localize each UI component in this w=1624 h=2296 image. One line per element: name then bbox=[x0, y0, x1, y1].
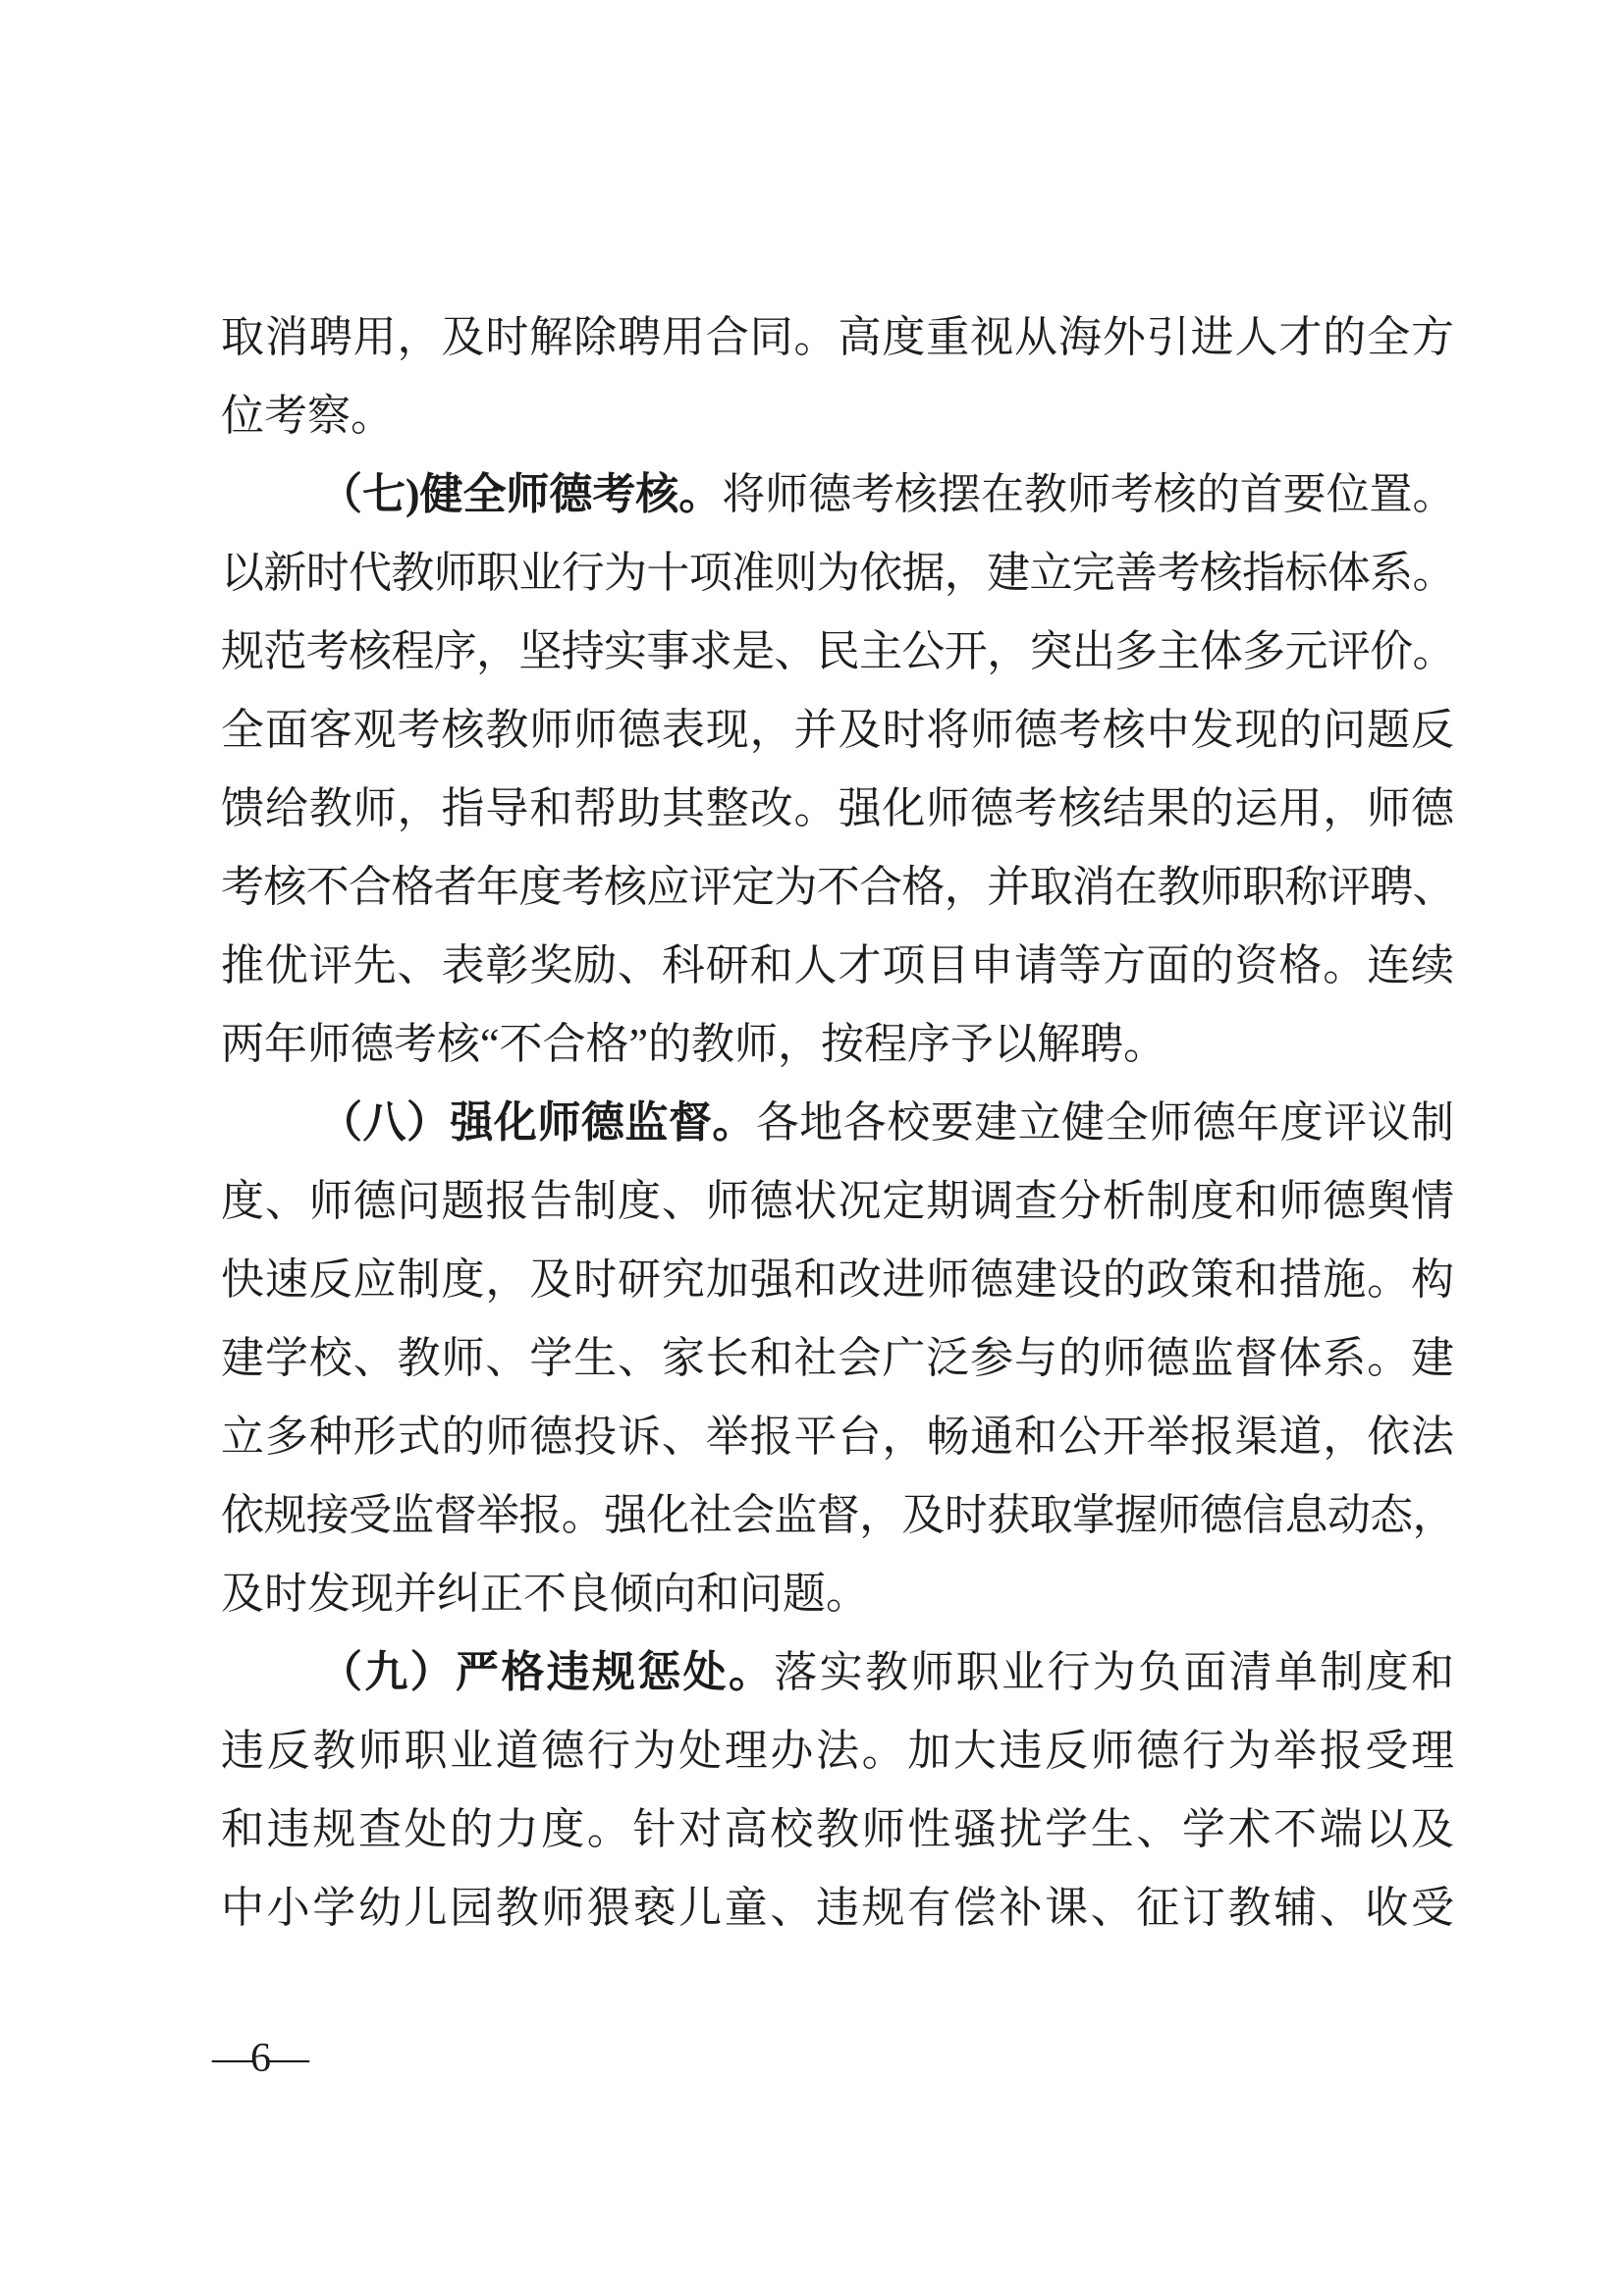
text-line: 取消聘用，及时解除聘用合同。高度重视从海外引进人才的全方 bbox=[221, 298, 1454, 377]
line-text: 全面客观考核教师师德表现，并及时将师德考核中发现的问题反 bbox=[221, 706, 1454, 754]
text-line: 和违规查处的力度。针对高校教师性骚扰学生、学术不端以及 bbox=[221, 1790, 1454, 1869]
line-text: 馈给教师，指导和帮助其整改。强化师德考核结果的运用，师德 bbox=[221, 784, 1454, 832]
line-text: 各地各校要建立健全师德年度评议制 bbox=[756, 1098, 1454, 1147]
paragraph-line-section-8: （八）强化师德监督。各地各校要建立健全师德年度评议制 bbox=[221, 1084, 1454, 1162]
text-line: 度、师德问题报告制度、师德状况定期调查分析制度和师德舆情 bbox=[221, 1162, 1454, 1241]
text-line: 立多种形式的师德投诉、举报平台，畅通和公开举报渠道，依法 bbox=[221, 1398, 1454, 1476]
section-heading: （八）强化师德监督。 bbox=[319, 1098, 756, 1147]
section-heading: （七)健全师德考核。 bbox=[319, 470, 722, 518]
line-text: 中小学幼儿园教师猥亵儿童、违规有偿补课、征订教辅、收受 bbox=[221, 1884, 1454, 1932]
text-line: 以新时代教师职业行为十项准则为依据，建立完善考核指标体系。 bbox=[221, 534, 1454, 613]
text-line: 建学校、教师、学生、家长和社会广泛参与的师德监督体系。建 bbox=[221, 1319, 1454, 1398]
body-text: 取消聘用，及时解除聘用合同。高度重视从海外引进人才的全方 位考察。 （七)健全师… bbox=[221, 298, 1454, 1948]
text-line: 规范考核程序，坚持实事求是、民主公开，突出多主体多元评价。 bbox=[221, 613, 1454, 691]
line-text: 考核不合格者年度考核应评定为不合格，并取消在教师职称评聘、 bbox=[221, 863, 1454, 911]
text-line: 推优评先、表彰奖励、科研和人才项目申请等方面的资格。连续 bbox=[221, 927, 1454, 1005]
line-text: 和违规查处的力度。针对高校教师性骚扰学生、学术不端以及 bbox=[221, 1805, 1454, 1853]
text-line: 两年师德考核“不合格”的教师，按程序予以解聘。 bbox=[221, 1005, 1454, 1084]
line-text: 依规接受监督举报。强化社会监督，及时获取掌握师德信息动态， bbox=[221, 1491, 1454, 1539]
paragraph-line-section-7: （七)健全师德考核。将师德考核摆在教师考核的首要位置。 bbox=[221, 455, 1454, 534]
line-text: 立多种形式的师德投诉、举报平台，畅通和公开举报渠道，依法 bbox=[221, 1413, 1454, 1461]
line-text: 建学校、教师、学生、家长和社会广泛参与的师德监督体系。建 bbox=[221, 1334, 1454, 1382]
text-line: 及时发现并纠正不良倾向和问题。 bbox=[221, 1555, 1454, 1633]
text-line: 快速反应制度，及时研究加强和改进师德建设的政策和措施。构 bbox=[221, 1241, 1454, 1319]
line-text: 落实教师职业行为负面清单制度和 bbox=[774, 1648, 1454, 1696]
text-line: 依规接受监督举报。强化社会监督，及时获取掌握师德信息动态， bbox=[221, 1476, 1454, 1555]
line-text: 规范考核程序，坚持实事求是、民主公开，突出多主体多元评价。 bbox=[221, 627, 1454, 675]
line-text: 违反教师职业道德行为处理办法。加大违反师德行为举报受理 bbox=[221, 1727, 1454, 1775]
line-text: 及时发现并纠正不良倾向和问题。 bbox=[221, 1570, 869, 1618]
text-line: 考核不合格者年度考核应评定为不合格，并取消在教师职称评聘、 bbox=[221, 848, 1454, 927]
line-text: 将师德考核摆在教师考核的首要位置。 bbox=[722, 470, 1454, 518]
paragraph-line-section-9: （九）严格违规惩处。落实教师职业行为负面清单制度和 bbox=[221, 1633, 1454, 1712]
line-text: 度、师德问题报告制度、师德状况定期调查分析制度和师德舆情 bbox=[221, 1177, 1454, 1225]
line-text: 取消聘用，及时解除聘用合同。高度重视从海外引进人才的全方 bbox=[221, 313, 1454, 361]
page-number: —6— bbox=[212, 2024, 306, 2093]
text-line: 违反教师职业道德行为处理办法。加大违反师德行为举报受理 bbox=[221, 1712, 1454, 1790]
document-page: 取消聘用，及时解除聘用合同。高度重视从海外引进人才的全方 位考察。 （七)健全师… bbox=[0, 0, 1624, 2296]
text-line: 馈给教师，指导和帮助其整改。强化师德考核结果的运用，师德 bbox=[221, 770, 1454, 848]
section-heading: （九）严格违规惩处。 bbox=[319, 1648, 774, 1696]
text-line: 全面客观考核教师师德表现，并及时将师德考核中发现的问题反 bbox=[221, 691, 1454, 770]
line-text: 推优评先、表彰奖励、科研和人才项目申请等方面的资格。连续 bbox=[221, 941, 1454, 989]
text-line: 位考察。 bbox=[221, 377, 1454, 455]
text-line: 中小学幼儿园教师猥亵儿童、违规有偿补课、征订教辅、收受 bbox=[221, 1869, 1454, 1948]
line-text: 快速反应制度，及时研究加强和改进师德建设的政策和措施。构 bbox=[221, 1255, 1454, 1304]
line-text: 两年师德考核“不合格”的教师，按程序予以解聘。 bbox=[221, 1020, 1166, 1068]
line-text: 位考察。 bbox=[221, 392, 394, 440]
line-text: 以新时代教师职业行为十项准则为依据，建立完善考核指标体系。 bbox=[221, 549, 1454, 597]
